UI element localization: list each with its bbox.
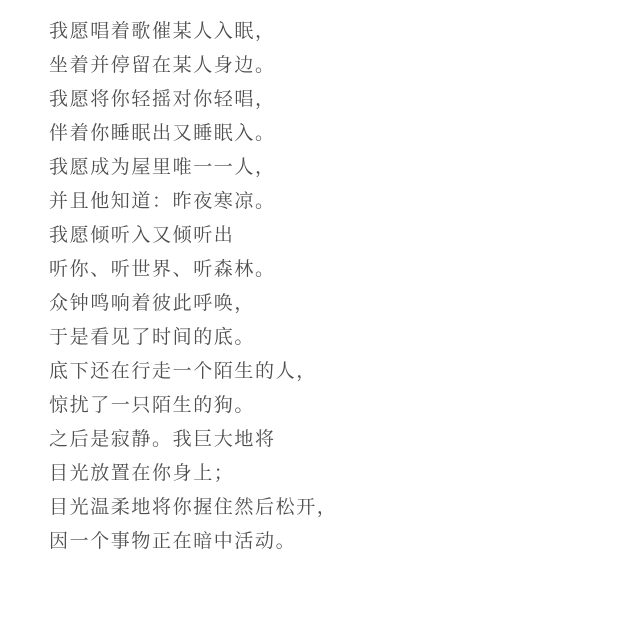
poem-text: 我愿唱着歌催某人入眠， 坐着并停留在某人身边。 我愿将你轻摇对你轻唱， 伴着你睡…	[49, 14, 337, 558]
poem-line: 底下还在行走一个陌生的人，	[49, 354, 337, 388]
poem-line: 听你、听世界、听森林。	[49, 252, 337, 286]
poem-line: 众钟鸣响着彼此呼唤，	[49, 286, 337, 320]
poem-line: 目光放置在你身上；	[49, 456, 337, 490]
poem-line: 我愿倾听入又倾听出	[49, 218, 337, 252]
poem-line: 目光温柔地将你握住然后松开，	[49, 490, 337, 524]
poem-line: 于是看见了时间的底。	[49, 320, 337, 354]
poem-line: 坐着并停留在某人身边。	[49, 48, 337, 82]
poem-line: 我愿将你轻摇对你轻唱，	[49, 82, 337, 116]
poem-line: 我愿成为屋里唯一一人，	[49, 150, 337, 184]
poem-line: 惊扰了一只陌生的狗。	[49, 388, 337, 422]
poem-line: 并且他知道：昨夜寒凉。	[49, 184, 337, 218]
poem-line: 之后是寂静。我巨大地将	[49, 422, 337, 456]
poem-line: 我愿唱着歌催某人入眠，	[49, 14, 337, 48]
poem-line: 因一个事物正在暗中活动。	[49, 524, 337, 558]
poem-line: 伴着你睡眠出又睡眠入。	[49, 116, 337, 150]
